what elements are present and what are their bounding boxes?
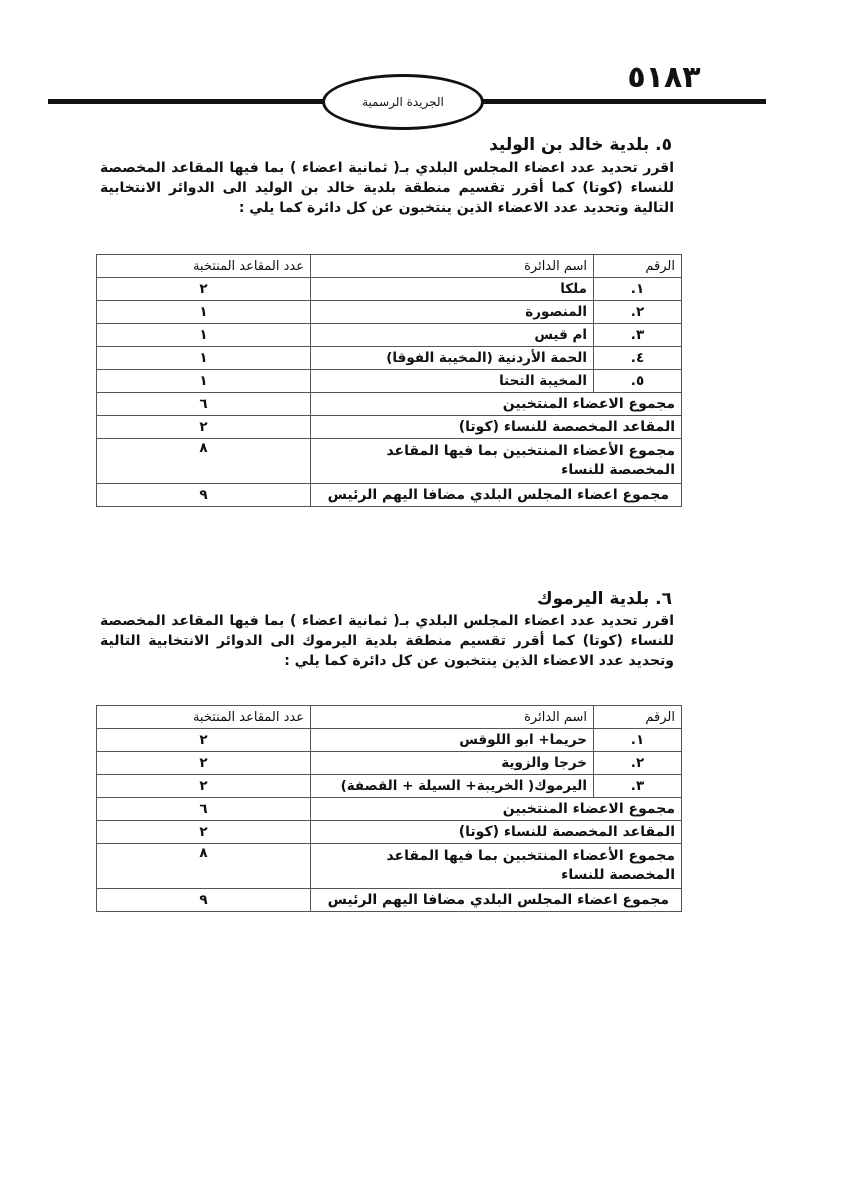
row-district: اليرموك( الخريبة+ السيلة + القصفة) xyxy=(311,775,594,798)
table-row: ٢. المنصورة ١ xyxy=(97,301,682,324)
summary-value: ٨ xyxy=(97,439,311,484)
districts-table-khalid-bin-alwalid: الرقم اسم الدائرة عدد المقاعد المنتخبة ١… xyxy=(96,254,682,507)
header-district: اسم الدائرة xyxy=(311,255,594,278)
summary-row-total-with-quota: مجموع الأعضاء المنتخبين بما فيها المقاعد… xyxy=(97,844,682,889)
row-number: ١. xyxy=(594,278,682,301)
section-title-yarmouk: ٦. بلدية اليرموك xyxy=(537,587,672,611)
row-number: ٣. xyxy=(594,324,682,347)
row-seats: ٢ xyxy=(97,752,311,775)
districts-table-yarmouk: الرقم اسم الدائرة عدد المقاعد المنتخبة ١… xyxy=(96,705,682,912)
table-row: ٣. ام قيس ١ xyxy=(97,324,682,347)
summary-row-women-quota: المقاعد المخصصة للنساء (كوتا) ٢ xyxy=(97,416,682,439)
table-row: ١. ملكا ٢ xyxy=(97,278,682,301)
row-number: ٥. xyxy=(594,370,682,393)
row-number: ١. xyxy=(594,729,682,752)
table-row: ٣. اليرموك( الخريبة+ السيلة + القصفة) ٢ xyxy=(97,775,682,798)
section-paragraph-yarmouk: اقرر تحديد عدد اعضاء المجلس البلدي بـ( ث… xyxy=(100,611,674,671)
row-number: ٢. xyxy=(594,752,682,775)
summary-label: مجموع الاعضاء المنتخبين xyxy=(311,393,682,416)
row-number: ٣. xyxy=(594,775,682,798)
row-seats: ١ xyxy=(97,301,311,324)
summary-label: مجموع الأعضاء المنتخبين بما فيها المقاعد… xyxy=(311,439,682,484)
table-row: ١. حريما+ ابو اللوقس ٢ xyxy=(97,729,682,752)
row-district: المخيبة التحتا xyxy=(311,370,594,393)
summary-row-total-with-quota: مجموع الأعضاء المنتخبين بما فيها المقاعد… xyxy=(97,439,682,484)
table-row: ٢. خرجا والزوية ٢ xyxy=(97,752,682,775)
summary-value: ٩ xyxy=(97,889,311,912)
row-seats: ٢ xyxy=(97,278,311,301)
row-number: ٤. xyxy=(594,347,682,370)
row-district: ام قيس xyxy=(311,324,594,347)
header-district: اسم الدائرة xyxy=(311,706,594,729)
summary-row-council-total: مجموع اعضاء المجلس البلدي مضافا اليهم ال… xyxy=(97,484,682,507)
header-seats: عدد المقاعد المنتخبة xyxy=(97,255,311,278)
section-paragraph-khalid-bin-alwalid: اقرر تحديد عدد اعضاء المجلس البلدي بـ( ث… xyxy=(100,158,674,218)
summary-value: ٩ xyxy=(97,484,311,507)
row-seats: ١ xyxy=(97,324,311,347)
summary-label: مجموع الأعضاء المنتخبين بما فيها المقاعد… xyxy=(311,844,682,889)
summary-label: المقاعد المخصصة للنساء (كوتا) xyxy=(311,416,682,439)
summary-value: ٦ xyxy=(97,393,311,416)
row-district: الحمة الأردنية (المخيبة الفوقا) xyxy=(311,347,594,370)
gazette-label: الجريدة الرسمية xyxy=(362,95,444,109)
header-seats: عدد المقاعد المنتخبة xyxy=(97,706,311,729)
table-header-row: الرقم اسم الدائرة عدد المقاعد المنتخبة xyxy=(97,255,682,278)
table-row: ٤. الحمة الأردنية (المخيبة الفوقا) ١ xyxy=(97,347,682,370)
summary-value: ٨ xyxy=(97,844,311,889)
header-number: الرقم xyxy=(594,255,682,278)
gazette-emblem: الجريدة الرسمية xyxy=(322,74,484,130)
table-row: ٥. المخيبة التحتا ١ xyxy=(97,370,682,393)
summary-value: ٢ xyxy=(97,821,311,844)
row-seats: ٢ xyxy=(97,729,311,752)
header-number: الرقم xyxy=(594,706,682,729)
row-seats: ١ xyxy=(97,347,311,370)
summary-row-women-quota: المقاعد المخصصة للنساء (كوتا) ٢ xyxy=(97,821,682,844)
summary-label: المقاعد المخصصة للنساء (كوتا) xyxy=(311,821,682,844)
summary-label: مجموع اعضاء المجلس البلدي مضافا اليهم ال… xyxy=(311,889,682,912)
summary-label: مجموع اعضاء المجلس البلدي مضافا اليهم ال… xyxy=(311,484,682,507)
row-district: خرجا والزوية xyxy=(311,752,594,775)
row-district: ملكا xyxy=(311,278,594,301)
row-district: حريما+ ابو اللوقس xyxy=(311,729,594,752)
summary-row-elected-total: مجموع الاعضاء المنتخبين ٦ xyxy=(97,798,682,821)
summary-value: ٦ xyxy=(97,798,311,821)
summary-row-council-total: مجموع اعضاء المجلس البلدي مضافا اليهم ال… xyxy=(97,889,682,912)
summary-label: مجموع الاعضاء المنتخبين xyxy=(311,798,682,821)
summary-value: ٢ xyxy=(97,416,311,439)
summary-row-elected-total: مجموع الاعضاء المنتخبين ٦ xyxy=(97,393,682,416)
row-seats: ١ xyxy=(97,370,311,393)
table-header-row: الرقم اسم الدائرة عدد المقاعد المنتخبة xyxy=(97,706,682,729)
row-number: ٢. xyxy=(594,301,682,324)
page-number: ٥١٨٣ xyxy=(626,58,702,98)
section-title-khalid-bin-alwalid: ٥. بلدية خالد بن الوليد xyxy=(489,133,672,157)
row-seats: ٢ xyxy=(97,775,311,798)
row-district: المنصورة xyxy=(311,301,594,324)
